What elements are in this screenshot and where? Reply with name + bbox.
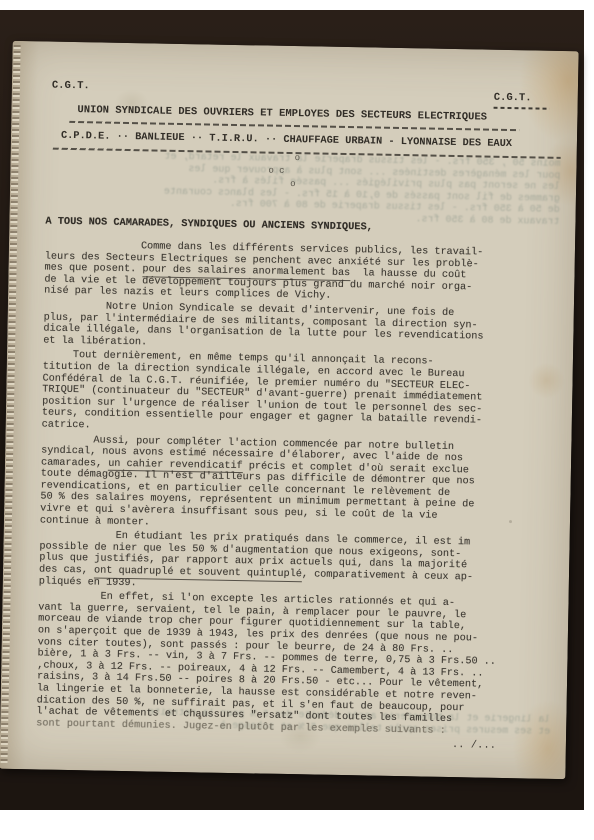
paragraph: Notre Union Syndicale se devait d'interv… [43,300,536,355]
dash-underline [494,107,550,110]
document-photo: moins 50 , 350 frs. - les tissus draperi… [0,10,584,810]
paragraph: Aussi, pour compléter l'action commencée… [40,434,534,536]
text-run: sont pourtant démunies. [36,718,183,732]
text-run: des cas, [39,564,94,576]
org-initials-left: C.G.T. [52,80,90,93]
ornament-mark: o c [268,165,300,179]
org-initials-right: C.G.T. [494,92,550,110]
paragraph: En étudiant les prix pratiqués dans le c… [39,530,532,597]
text-run: camarades, [41,457,108,469]
text-run: continue à monter. [40,515,150,528]
continuation-mark: .. /... [452,739,496,752]
ornament-mark: o [290,178,300,191]
paragraph: En effet, si l'on excepte les articles r… [36,591,530,739]
text-run: et la libération. [43,335,147,348]
body-text: Comme dans les différents services publi… [36,240,537,742]
document-subtitle: C.P.D.E. ·· BANLIEUE ·· T.I.R.U. ·· CHAU… [61,130,512,150]
text-run: pliqués en 1939. [39,576,137,589]
text-run: catrice. [42,419,91,431]
paragraph: Tout dernièrement, en même temps qu'il a… [42,350,535,440]
paper-sheet: moins 50 , 350 frs. - les tissus draperi… [0,41,579,779]
typed-ornament-marks: o o c o [268,152,300,192]
page: moins 50 , 350 frs. - les tissus draperi… [0,0,594,840]
text-run: , comparativement à ceux ap- [302,569,473,583]
perforation-edge [0,45,20,765]
document-title: UNION SYNDICALE DES OUVRIERS ET EMPLOYES… [77,104,487,124]
paragraph: Comme dans les différents services publi… [44,240,537,307]
org-initials-right-text: C.G.T. [494,92,532,105]
ornament-mark: o [294,152,300,165]
